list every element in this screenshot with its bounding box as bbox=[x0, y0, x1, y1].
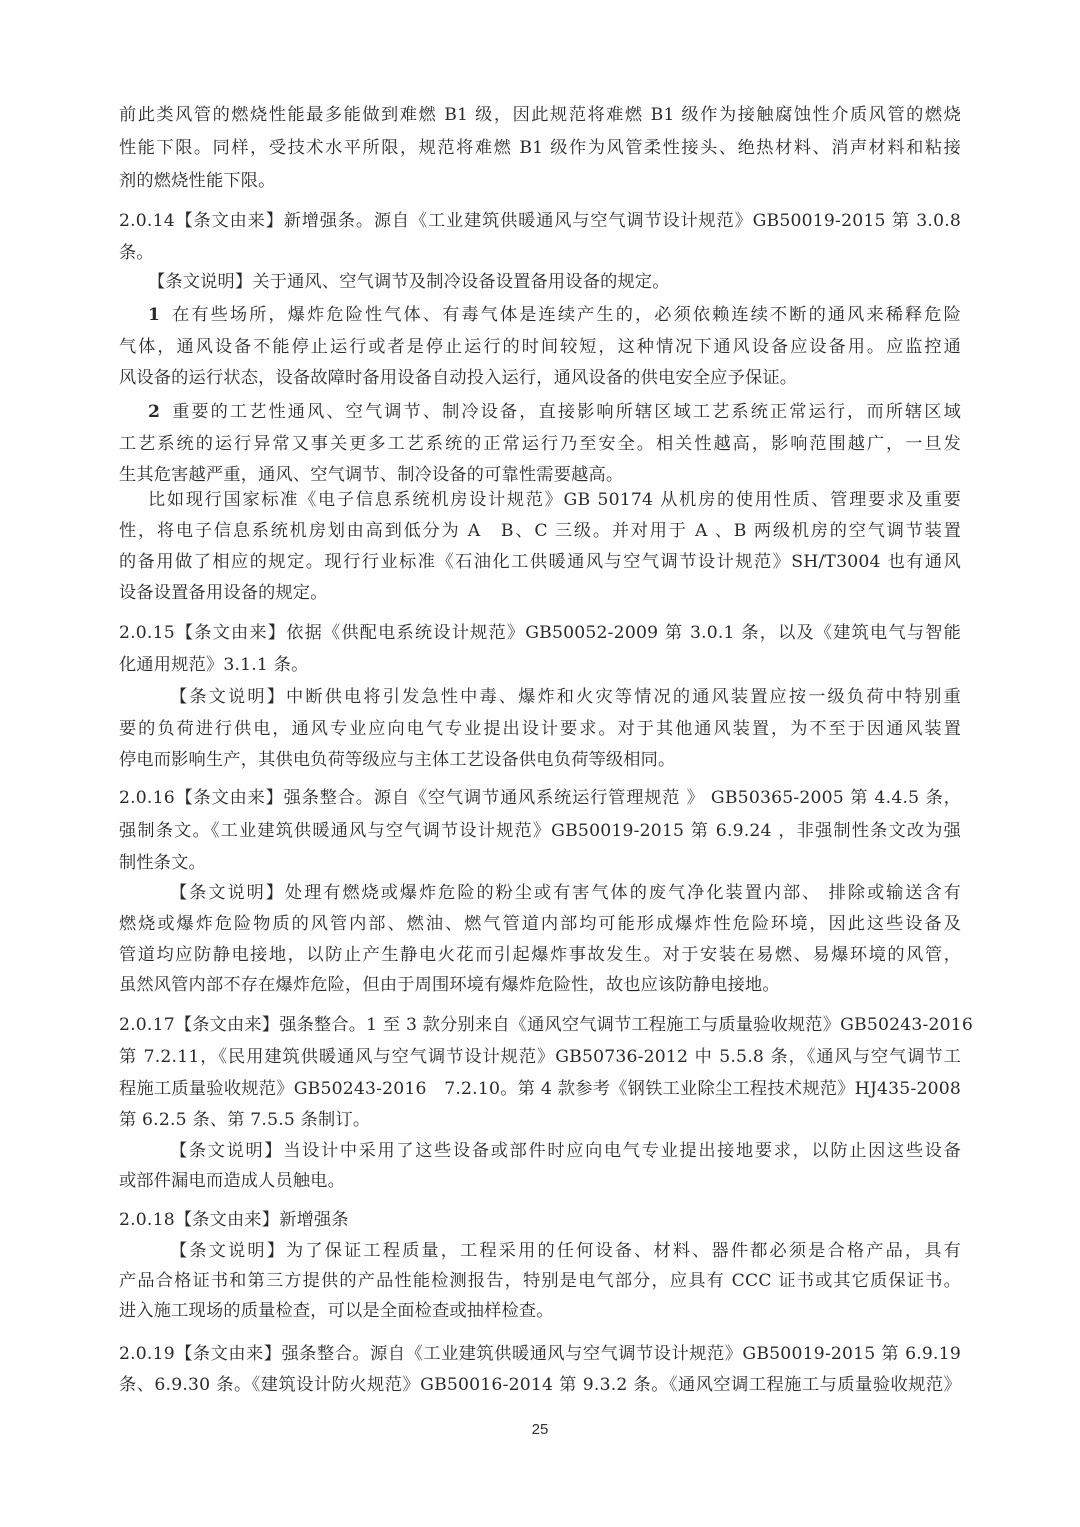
text-line: 剂的燃烧性能下限。 bbox=[119, 170, 961, 192]
text-line: 性能下限。同样，受技术水平所限，规范将难燃 B1 级作为风管柔性接头、绝热材料、… bbox=[119, 137, 961, 159]
text-line: 工艺系统的运行异常又事关更多工艺系统的正常运行乃至安全。相关性越高，影响范围越广… bbox=[119, 433, 961, 455]
text-line: 比如现行国家标准《电子信息系统机房设计规范》GB 50174 从机房的使用性质、… bbox=[148, 489, 961, 511]
text-line: 化通用规范》3.1.1 条。 bbox=[119, 654, 961, 676]
text-line: 条。 bbox=[119, 242, 961, 264]
clause-origin-2-0-14: 2.0.14【条文由来】新增强条。源自《工业建筑供暖通风与空气调节设计规范》GB… bbox=[119, 210, 961, 232]
item-number: 1 bbox=[148, 305, 160, 325]
item-number: 2 bbox=[148, 402, 160, 422]
clause-explanation: 【条文说明】当设计中采用了这些设备或部件时应向电气专业提出接地要求，以防止因这些… bbox=[170, 1140, 961, 1162]
text-line: 虽然风管内部不存在爆炸危险，但由于周围环境有爆炸危险性，故也应该防静电接地。 bbox=[119, 974, 961, 996]
text-line: 气体，通风设备不能停止运行或者是停止运行的时间较短，这种情况下通风设备应设备用。… bbox=[119, 336, 961, 358]
text-line: 性，将电子信息系统机房划由高到低分为 A B、C 三级。并对用于 A 、B 两级… bbox=[119, 520, 961, 542]
clause-origin-2-0-15: 2.0.15【条文由来】依据《供配电系统设计规范》GB50052-2009 第 … bbox=[119, 622, 961, 644]
text-line: 第 6.2.5 条、第 7.5.5 条制订。 bbox=[119, 1109, 961, 1131]
text-line: 或部件漏电而造成人员触电。 bbox=[119, 1170, 961, 1192]
clause-origin-2-0-18: 2.0.18【条文由来】新增强条 bbox=[119, 1209, 961, 1231]
text-line: 设备设置备用设备的规定。 bbox=[119, 582, 961, 604]
page-number: 25 bbox=[0, 1421, 1080, 1438]
clause-explanation: 【条文说明】处理有燃烧或爆炸危险的粉尘或有害气体的废气净化装置内部、 排除或输送… bbox=[170, 882, 961, 904]
list-item-1: 1在有些场所，爆炸危险性气体、有毒气体是连续产生的，必须依赖连续不断的通风来稀释… bbox=[148, 304, 961, 326]
clause-origin-2-0-16: 2.0.16【条文由来】强条整合。源自《空气调节通风系统运行管理规范 》 GB5… bbox=[119, 787, 961, 809]
clause-explanation: 【条文说明】关于通风、空气调节及制冷设备设置备用设备的规定。 bbox=[148, 271, 961, 293]
text-line: 制性条文。 bbox=[119, 852, 961, 874]
list-item-2: 2重要的工艺性通风、空气调节、制冷设备，直接影响所辖区域工艺系统正常运行，而所辖… bbox=[148, 401, 961, 423]
document-page: 前此类风管的燃烧性能最多能做到难燃 B1 级，因此规范将难燃 B1 级作为接触腐… bbox=[0, 0, 1080, 1527]
text-line: 程施工质量验收规范》GB50243-2016 7.2.10。第 4 款参考《钢铁… bbox=[119, 1078, 961, 1100]
text-line: 停电而影响生产，其供电负荷等级应与主体工艺设备供电负荷等级相同。 bbox=[119, 749, 961, 771]
text-line: 管道均应防静电接地，以防止产生静电火花而引起爆炸事故发生。对于安装在易燃、易爆环… bbox=[119, 944, 961, 966]
text-line: 生其危害越严重，通风、空气调节、制冷设备的可靠性需要越高。 bbox=[119, 464, 961, 486]
text-line: 产品合格证书和第三方提供的产品性能检测报告，特别是电气部分，应具有 CCC 证书… bbox=[119, 1270, 961, 1292]
clause-explanation: 【条文说明】中断供电将引发急性中毒、爆炸和火灾等情况的通风装置应按一级负荷中特别… bbox=[170, 686, 961, 708]
clause-explanation: 【条文说明】为了保证工程质量，工程采用的任何设备、材料、器件都必须是合格产品，具… bbox=[170, 1240, 961, 1262]
clause-origin-2-0-19: 2.0.19【条文由来】强条整合。源自《工业建筑供暖通风与空气调节设计规范》GB… bbox=[119, 1343, 961, 1365]
text-line: 燃烧或爆炸危险物质的风管内部、燃油、燃气管道内部均可能形成爆炸性危险环境，因此这… bbox=[119, 913, 961, 935]
text-line: 第 7.2.11，《民用建筑供暖通风与空气调节设计规范》GB50736-2012… bbox=[119, 1046, 961, 1068]
text-line: 强制条文。《工业建筑供暖通风与空气调节设计规范》GB50019-2015 第 6… bbox=[119, 820, 961, 842]
clause-origin-2-0-17: 2.0.17【条文由来】强条整合。1 至 3 款分别来自《通风空气调节工程施工与… bbox=[119, 1014, 961, 1036]
text-line: 进入施工现场的质量检查，可以是全面检查或抽样检查。 bbox=[119, 1300, 961, 1322]
text-line: 条、6.9.30 条。《建筑设计防火规范》GB50016-2014 第 9.3.… bbox=[119, 1374, 961, 1396]
text-line: 要的负荷进行供电，通风专业应向电气专业提出设计要求。对于其他通风装置，为不至于因… bbox=[119, 718, 961, 740]
text-line: 风设备的运行状态，设备故障时备用设备自动投入运行，通风设备的供电安全应予保证。 bbox=[119, 367, 961, 389]
text-line: 的备用做了相应的规定。现行行业标准《石油化工供暖通风与空气调节设计规范》SH/T… bbox=[119, 551, 961, 573]
text-line: 前此类风管的燃烧性能最多能做到难燃 B1 级，因此规范将难燃 B1 级作为接触腐… bbox=[119, 104, 961, 126]
